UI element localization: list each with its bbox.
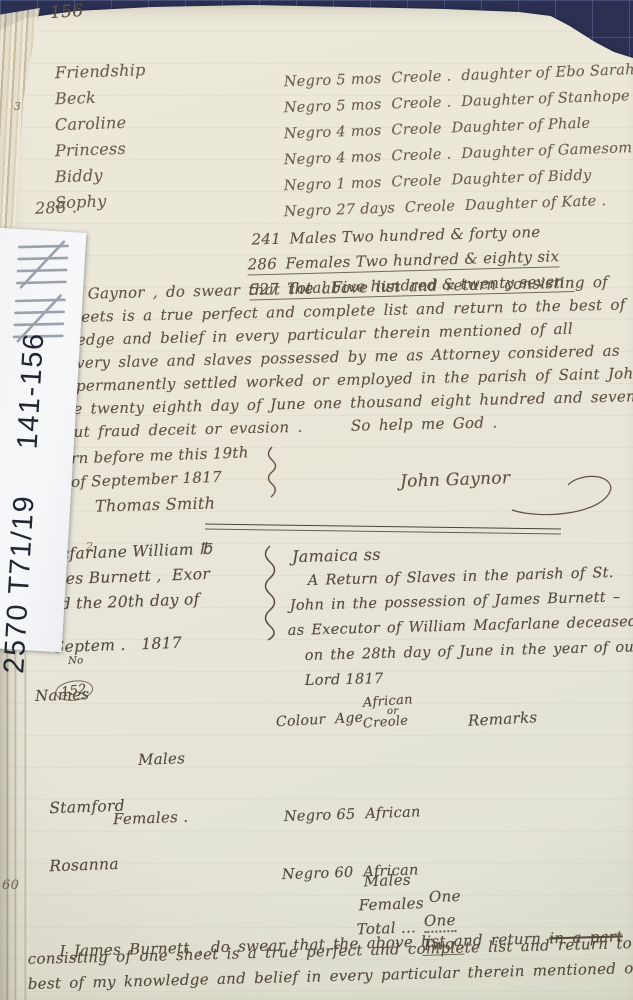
deponent-signature: John Gaynor	[400, 468, 511, 492]
margin-mark: 60	[2, 878, 19, 893]
females-section-label: Females .	[113, 808, 189, 829]
carried-count: 286 .	[35, 197, 78, 217]
number-label: No	[68, 655, 84, 667]
names-column-header: Names	[35, 685, 90, 705]
jurisdiction: Jamaica ss	[292, 545, 381, 566]
filing-brace	[260, 545, 276, 641]
margin-mark: 3	[14, 100, 21, 113]
signature-flourish	[508, 470, 618, 516]
scanned-register-page: 156 3 2 60 Friendship Negro 5 mos Creole…	[0, 0, 633, 1000]
archive-reference: 2570 T71/19	[0, 494, 41, 674]
folio-number: 156	[49, 1, 84, 23]
males-section-label: Males	[138, 749, 186, 769]
origin-header-creole: Creole	[363, 713, 409, 731]
slave-name: Rosanna	[49, 855, 119, 875]
filing-date: Septem . 1817	[53, 634, 182, 656]
remarks-header: Remarks	[468, 708, 538, 730]
attestation-squiggle	[264, 446, 278, 498]
heading-line: Lord 1817	[305, 671, 384, 689]
witness-signature: Thomas Smith	[95, 493, 216, 515]
archive-folio-range: 141-156	[11, 331, 51, 450]
slave-description: Negro 65 African	[284, 804, 421, 825]
